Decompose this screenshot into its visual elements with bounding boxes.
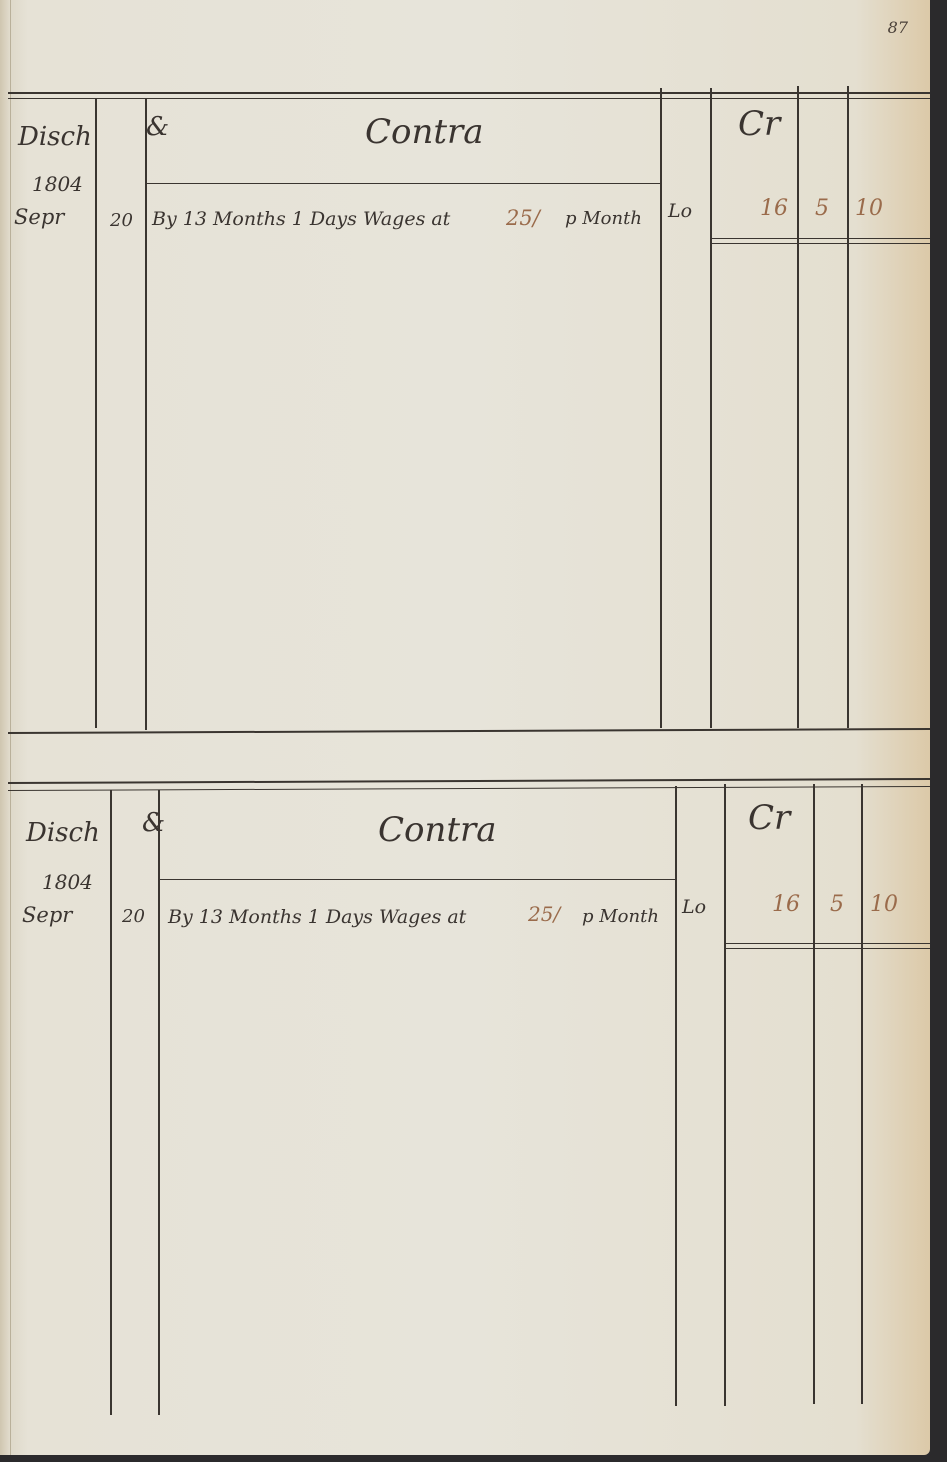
ampersand: & — [142, 808, 165, 838]
page-number: 87 — [888, 18, 908, 37]
amount-pounds: 16 — [760, 196, 788, 221]
top-rule — [8, 92, 930, 94]
header-underline — [160, 879, 676, 880]
wage-rate: 25/ — [528, 902, 560, 926]
amount-shillings: 5 — [815, 196, 829, 221]
entry-day: 20 — [122, 906, 145, 927]
rate-suffix: p Month — [565, 208, 642, 229]
folio-column-divider — [710, 88, 712, 728]
amount-pounds: 16 — [772, 892, 800, 917]
entry-description: By 13 Months 1 Days Wages at — [152, 208, 450, 230]
folio-reference: Lo — [682, 896, 706, 918]
entry-month: Sepr — [14, 205, 64, 229]
date-column-divider — [110, 790, 112, 1415]
entry-day: 20 — [110, 210, 133, 231]
shillings-column-divider — [861, 784, 863, 1404]
entry-month: Sepr — [22, 903, 72, 927]
description-column-divider — [660, 88, 662, 728]
day-column-divider — [158, 790, 160, 1415]
amount-double-rule-top — [711, 238, 930, 239]
amount-shillings: 5 — [830, 892, 844, 917]
ampersand: & — [146, 112, 169, 142]
amount-double-rule-top — [725, 943, 930, 944]
credit-label: Cr — [738, 104, 780, 144]
top-rule — [8, 778, 930, 784]
contra-title: Contra — [378, 810, 497, 850]
amount-double-rule-bottom — [711, 243, 930, 244]
day-column-divider — [145, 98, 147, 730]
contra-title: Contra — [365, 112, 484, 152]
entry-year: 1804 — [42, 870, 93, 894]
entry-description: By 13 Months 1 Days Wages at — [168, 906, 466, 928]
pounds-column-divider — [813, 784, 815, 1404]
amount-pence: 10 — [870, 892, 898, 917]
amount-double-rule-bottom — [725, 948, 930, 949]
page-binding-edge — [0, 0, 11, 1455]
folio-reference: Lo — [668, 200, 692, 222]
rate-suffix: p Month — [582, 906, 659, 927]
date-column-divider — [95, 98, 97, 728]
account-label: Disch — [18, 122, 92, 152]
account-label: Disch — [26, 818, 100, 848]
wage-rate: 25/ — [506, 206, 540, 230]
amount-pence: 10 — [855, 196, 883, 221]
folio-column-divider — [724, 784, 726, 1406]
pounds-column-divider — [797, 86, 799, 728]
top-rule-inner — [8, 786, 930, 791]
entry-year: 1804 — [32, 172, 83, 196]
shillings-column-divider — [847, 86, 849, 728]
header-underline — [147, 183, 661, 184]
ledger-page: 87 Disch & Contra Cr 1804 Sepr 20 By 13 … — [0, 0, 930, 1455]
credit-label: Cr — [748, 798, 790, 838]
